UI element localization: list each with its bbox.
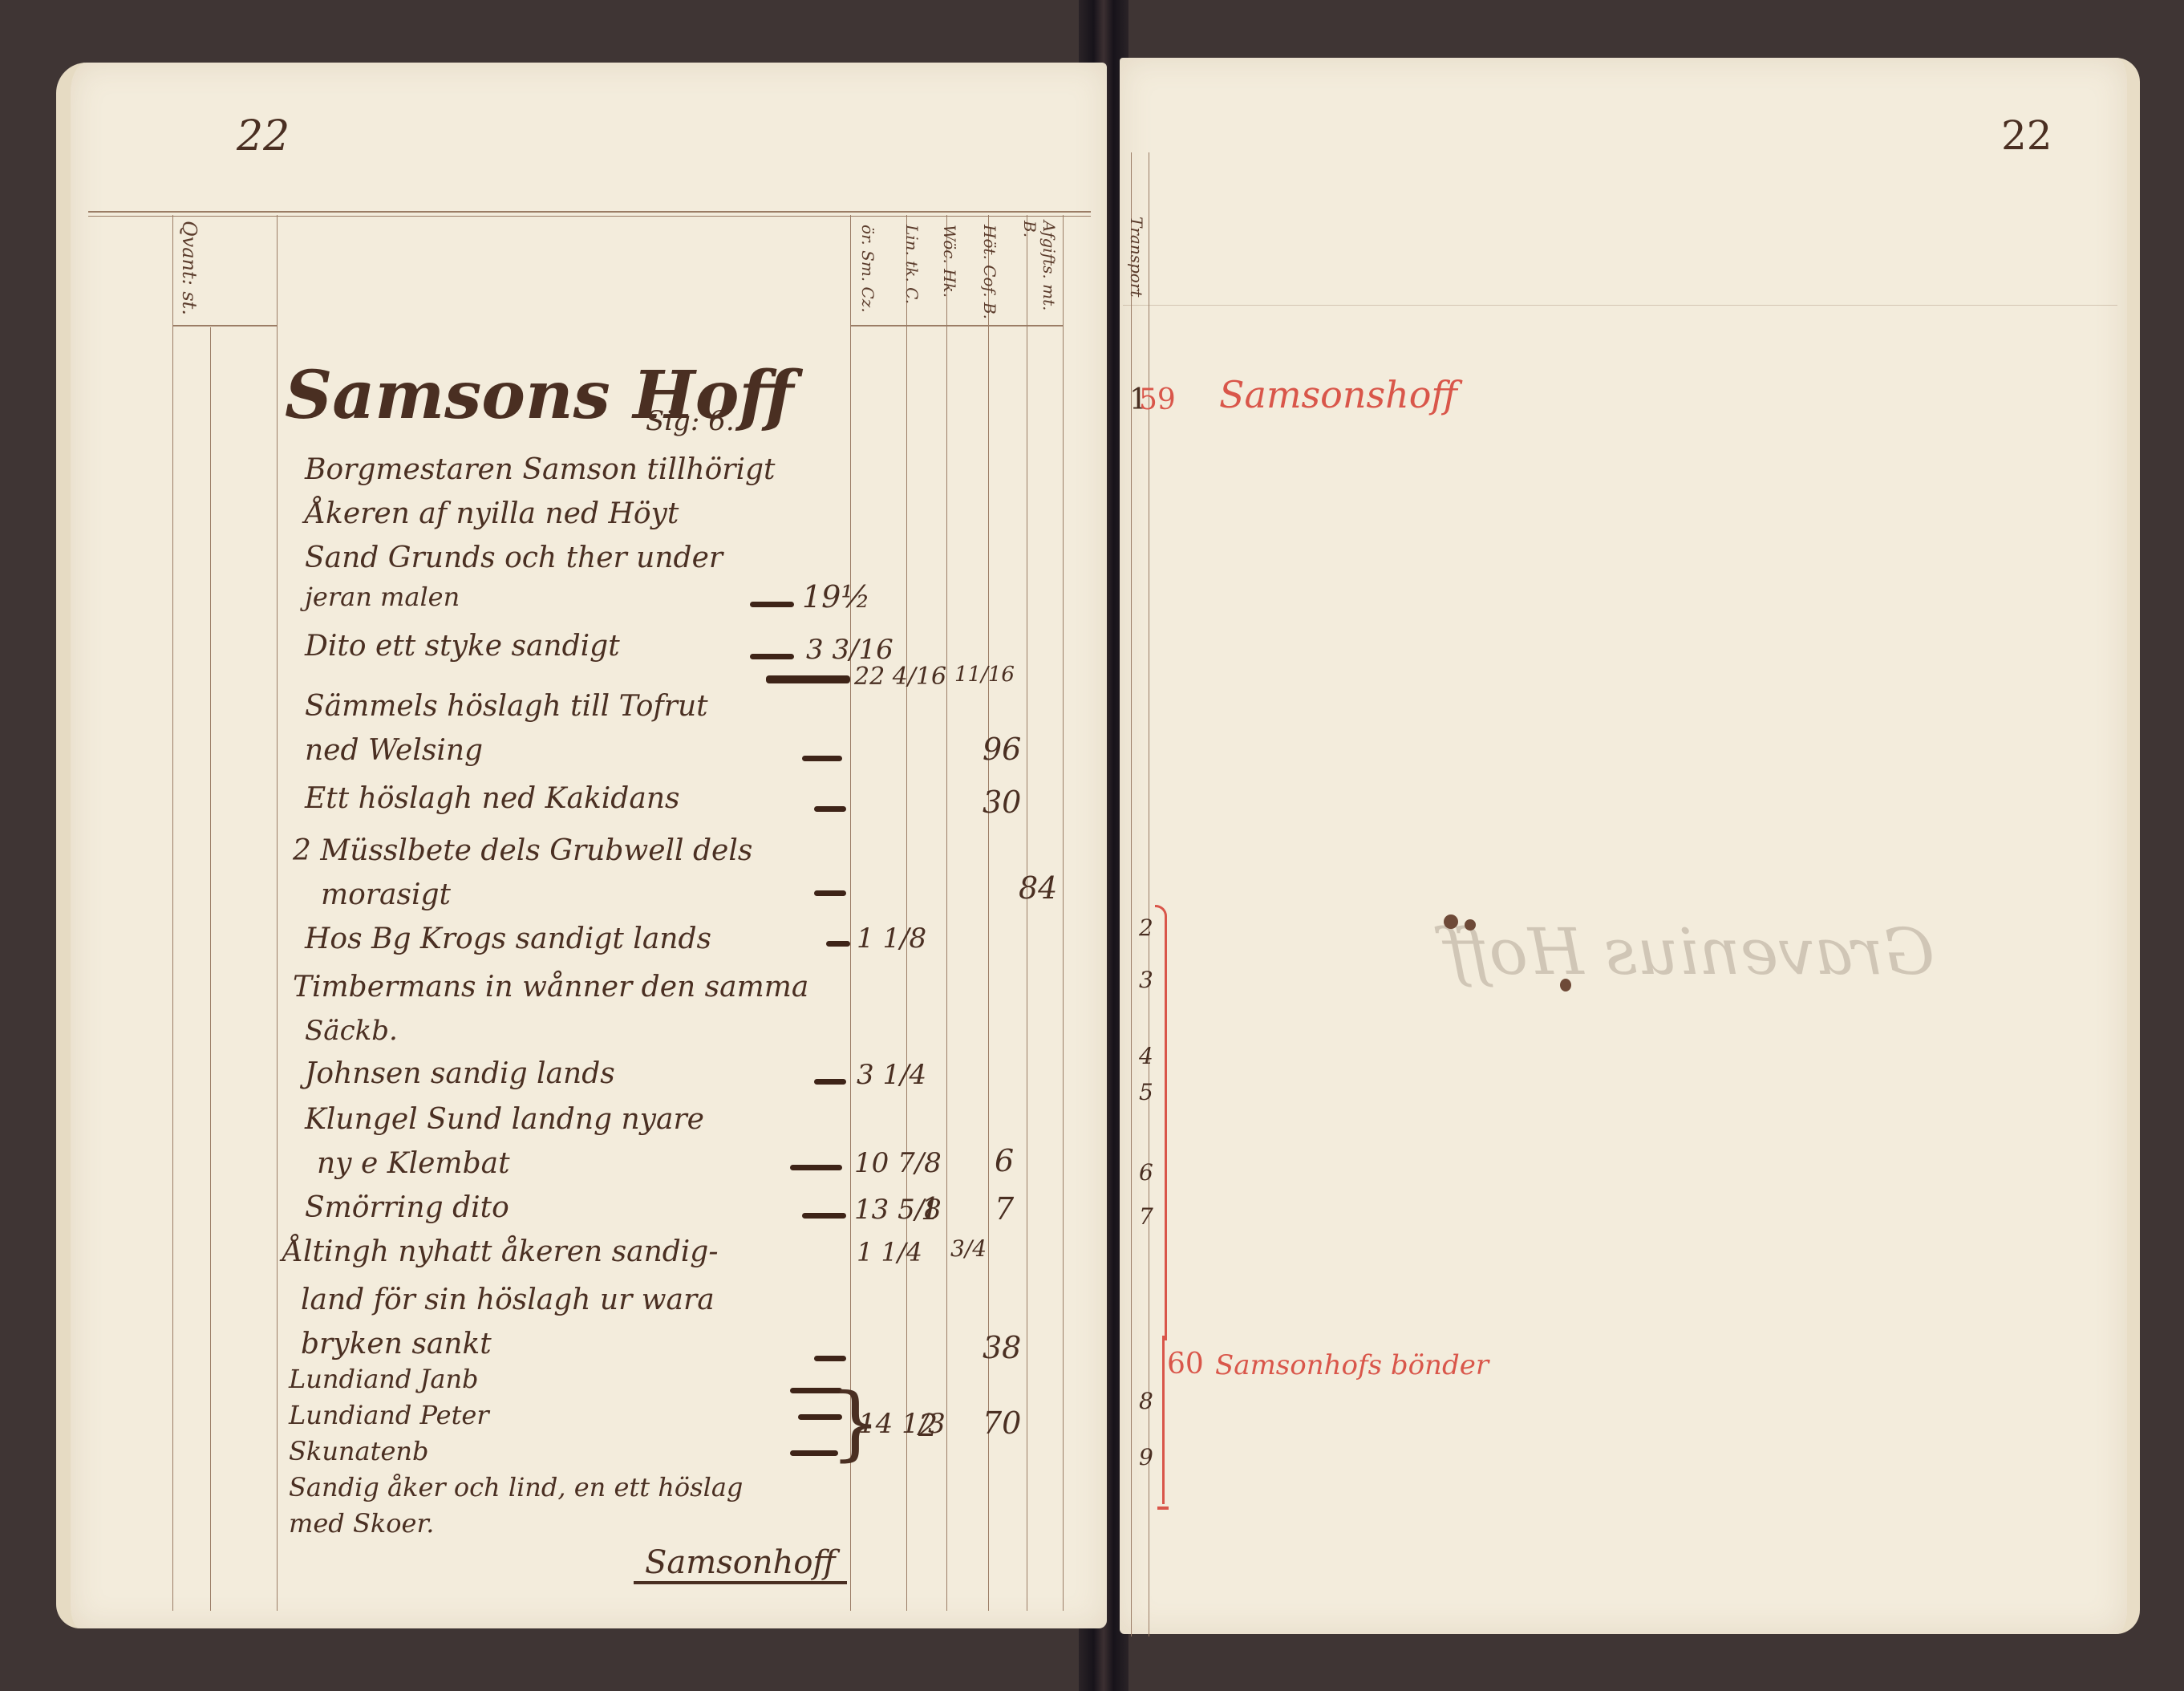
value-cell: 6 <box>995 1143 1014 1178</box>
leader-dash <box>814 1079 846 1085</box>
entry-line: ny e Klembat <box>317 1147 510 1180</box>
col-line <box>988 215 989 1611</box>
col-line <box>1027 215 1027 1611</box>
col-line <box>1063 215 1064 1611</box>
header-value-col-1: ör. Sm. Cz. <box>858 225 877 321</box>
leader-dash <box>790 1165 842 1170</box>
col-line <box>277 215 278 1611</box>
value-cell: 3/4 <box>950 1235 987 1262</box>
ink-blot <box>1560 979 1571 991</box>
leader-dash <box>750 654 794 659</box>
value-cell: 3 1/4 <box>857 1059 926 1091</box>
subtotal-rule <box>766 675 850 683</box>
margin-number: 8 <box>1139 1388 1153 1414</box>
entry-line: Lundiand Peter <box>289 1400 489 1430</box>
entry-line: Sand Grunds och ther under <box>305 541 723 574</box>
margin-number: 5 <box>1139 1079 1153 1105</box>
entry-line: Åltingh nyhatt åkeren sandig- <box>282 1235 719 1268</box>
value-cell: 70 <box>983 1405 1021 1441</box>
entry-line: bryken sankt <box>301 1328 492 1361</box>
value-cell: 19½ <box>802 579 870 614</box>
header-value-col-5: Afgifts. mt. B. <box>1020 221 1059 325</box>
value-cell: 22 4/16 <box>854 663 946 691</box>
value-cell: 1 1/4 <box>857 1237 922 1267</box>
red-entry-number: 60 <box>1167 1348 1204 1381</box>
red-bracket <box>1155 905 1167 1340</box>
leader-dash <box>750 602 794 607</box>
entry-line: jeran malen <box>305 582 460 612</box>
entry-line: Smörring dito <box>305 1191 509 1224</box>
value-cell: 7 <box>995 1191 1014 1227</box>
entry-line: Lundiand Janb <box>289 1364 479 1394</box>
value-cell: 2 <box>918 1408 938 1443</box>
left-page-number: 22 <box>237 112 290 160</box>
col-line <box>906 215 907 1611</box>
margin-line <box>1131 152 1132 1636</box>
value-cell: 3 3/16 <box>806 634 893 666</box>
entry-line: Hos Bg Krogs sandigt lands <box>305 923 711 955</box>
red-entry-number: 59 <box>1139 383 1176 416</box>
margin-number: 2 <box>1139 914 1153 941</box>
entry-line: Åkeren af nyilla ned Höyt <box>305 497 679 530</box>
margin-number: 9 <box>1139 1444 1153 1470</box>
value-cell: 1 <box>921 1191 940 1227</box>
bleed-through-heading: Gravenius Hoff <box>1444 914 1935 989</box>
entry-line: morasigt <box>321 878 451 911</box>
header-value-col-4: Höt. Cof. B. <box>980 225 999 321</box>
entry-line: Sandig åker och lind, en ett höslag <box>289 1472 743 1502</box>
faint-header-rule <box>1123 305 2117 306</box>
entry-line: Dito ett styke sandigt <box>305 630 620 663</box>
header-quantity: Qvant: st. <box>178 221 201 317</box>
value-cell: 84 <box>1019 870 1057 906</box>
header-rule-top-2 <box>88 216 1091 217</box>
value-cell: 11/16 <box>954 663 1015 687</box>
right-page <box>1120 58 2140 1634</box>
value-cell: 96 <box>983 732 1021 767</box>
entry-line: ned Welsing <box>305 734 483 767</box>
entry-line: Johnsen sandig lands <box>305 1057 615 1090</box>
signature: Samsonhoff <box>634 1544 847 1584</box>
entry-line: Timbermans in wånner den samma <box>293 971 808 1004</box>
entry-line: Borgmestaren Samson tillhörigt <box>305 453 776 486</box>
entry-line: 2 Müsslbete dels Grubwell dels <box>293 834 752 867</box>
right-page-number: 22 <box>2001 112 2052 159</box>
entry-line: land för sin höslagh ur wara <box>301 1283 715 1316</box>
leader-dash <box>802 1213 846 1219</box>
heading-note: Sig: 6. <box>646 405 735 437</box>
entry-line: Sämmels höslagh till Tofrut <box>305 690 708 723</box>
ink-blot <box>1465 919 1476 931</box>
entry-line: Ett höslagh ned Kakidans <box>305 782 679 815</box>
red-bracket-lower <box>1162 1336 1165 1504</box>
margin-number: 4 <box>1139 1043 1153 1069</box>
leader-dash <box>802 756 842 761</box>
leader-dash <box>814 1356 846 1361</box>
value-cell: 1 1/8 <box>857 923 926 955</box>
leader-dash <box>826 941 850 947</box>
red-entry-label: Samsonshoff <box>1219 373 1457 416</box>
col-line <box>172 215 173 1611</box>
margin-number: 6 <box>1139 1159 1153 1186</box>
values-header-bottom <box>850 325 1063 326</box>
ink-blot <box>1444 914 1458 929</box>
entry-line: Klungel Sund landng nyare <box>305 1103 704 1136</box>
transport-header: Transport <box>1127 217 1146 329</box>
header-value-col-3: Wöc. Hk. <box>940 225 959 321</box>
col-line <box>210 327 211 1611</box>
value-cell: 10 7/8 <box>854 1147 942 1179</box>
value-cell: 30 <box>983 785 1021 820</box>
col-line <box>946 215 947 1611</box>
header-rule-top <box>88 211 1091 213</box>
margin-number: 3 <box>1139 967 1153 993</box>
entry-line: med Skoer. <box>289 1508 434 1539</box>
header-value-col-2: Lin. tk. C. <box>902 225 922 321</box>
leader-dash <box>814 890 846 896</box>
margin-number: 7 <box>1139 1203 1153 1230</box>
qty-header-bottom <box>172 325 277 326</box>
entry-line: Säckb. <box>305 1015 398 1047</box>
red-entry-label: Samsonhofs bönder <box>1215 1349 1489 1381</box>
entry-line: Skunatenb <box>289 1436 429 1466</box>
leader-dash <box>814 806 846 812</box>
value-cell: 38 <box>983 1330 1021 1365</box>
red-bracket-end <box>1157 1506 1169 1510</box>
